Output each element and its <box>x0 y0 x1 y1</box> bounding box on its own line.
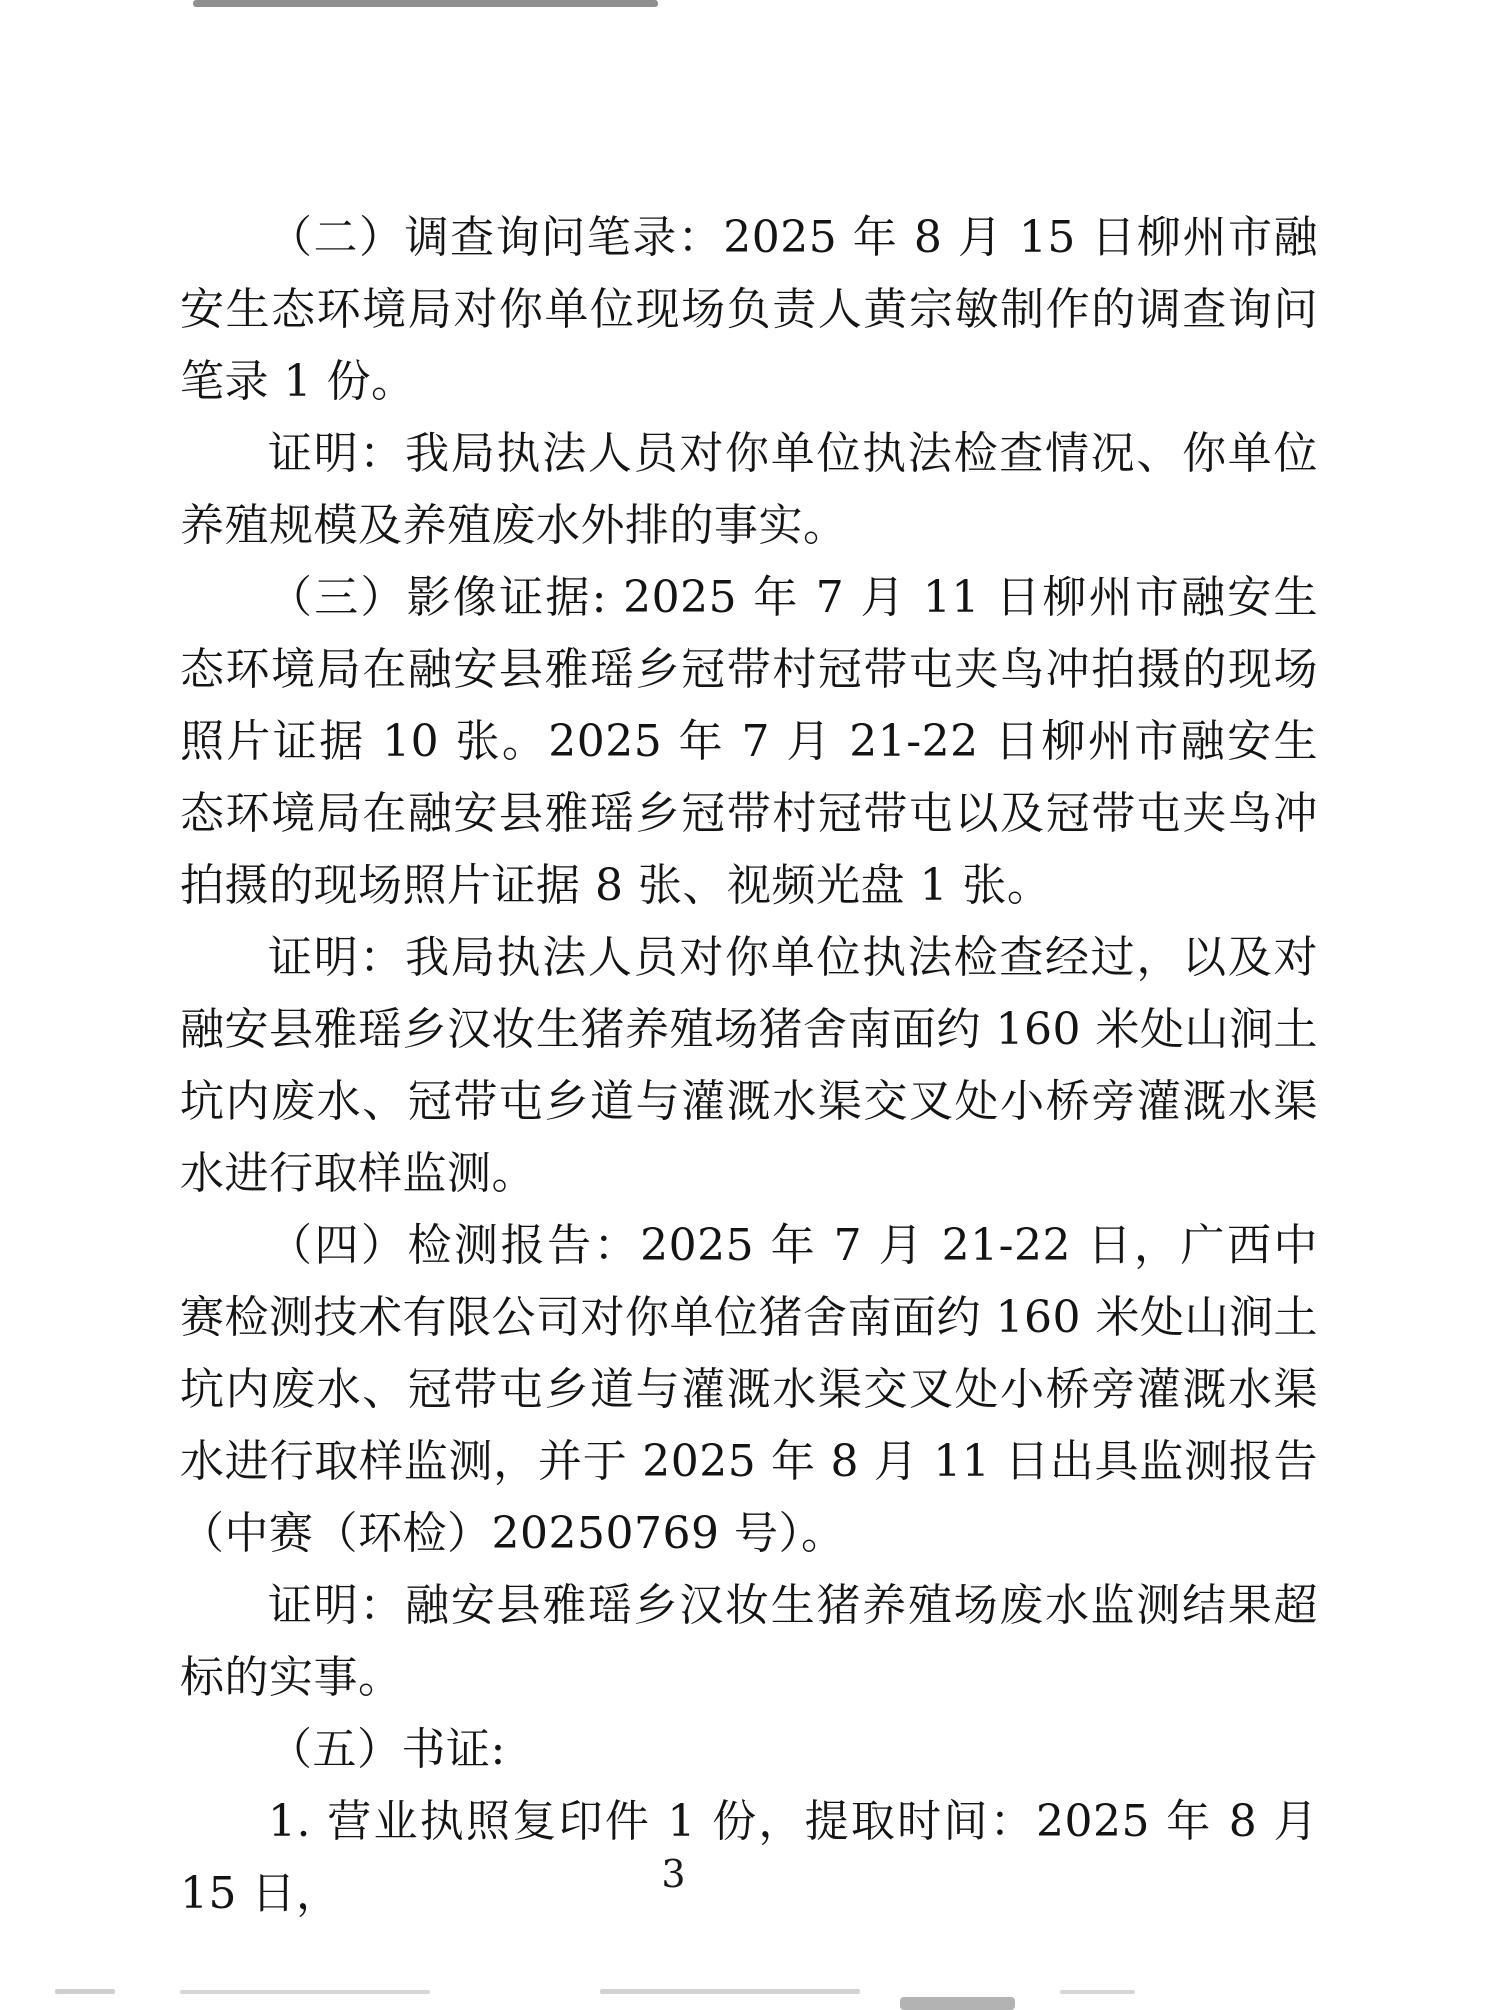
paragraph-proof-2: 证明：我局执法人员对你单位执法检查情况、你单位养殖规模及养殖废水外排的事实。 <box>180 418 1318 562</box>
paragraph-evidence-2: （二）调查询问笔录：2025 年 8 月 15 日柳州市融安生态环境局对你单位现… <box>180 202 1318 418</box>
scan-artifact-bottom-2 <box>180 1990 430 1994</box>
paragraph-proof-4: 证明：融安县雅瑶乡汉妆生猪养殖场废水监测结果超标的实事。 <box>180 1570 1318 1714</box>
scan-artifact-bottom-3 <box>600 1989 860 1994</box>
document-page: （二）调查询问笔录：2025 年 8 月 15 日柳州市融安生态环境局对你单位现… <box>0 0 1487 2010</box>
paragraph-proof-3: 证明：我局执法人员对你单位执法检查经过，以及对融安县雅瑶乡汉妆生猪养殖场猪舍南面… <box>180 922 1318 1210</box>
paragraph-evidence-5: （五）书证: <box>180 1714 1318 1786</box>
paragraph-evidence-4: （四）检测报告：2025 年 7 月 21-22 日，广西中赛检测技术有限公司对… <box>180 1210 1318 1570</box>
scan-artifact-top <box>193 0 658 7</box>
scan-artifact-bottom-1 <box>55 1989 115 1994</box>
page-number: 3 <box>0 1852 1347 1896</box>
scan-artifact-bottom-4 <box>1060 1990 1135 1994</box>
paragraph-evidence-3: （三）影像证据: 2025 年 7 月 11 日柳州市融安生态环境局在融安县雅瑶… <box>180 562 1318 922</box>
document-body: （二）调查询问笔录：2025 年 8 月 15 日柳州市融安生态环境局对你单位现… <box>180 202 1318 1930</box>
scan-artifact-smudge <box>900 1997 1015 2010</box>
